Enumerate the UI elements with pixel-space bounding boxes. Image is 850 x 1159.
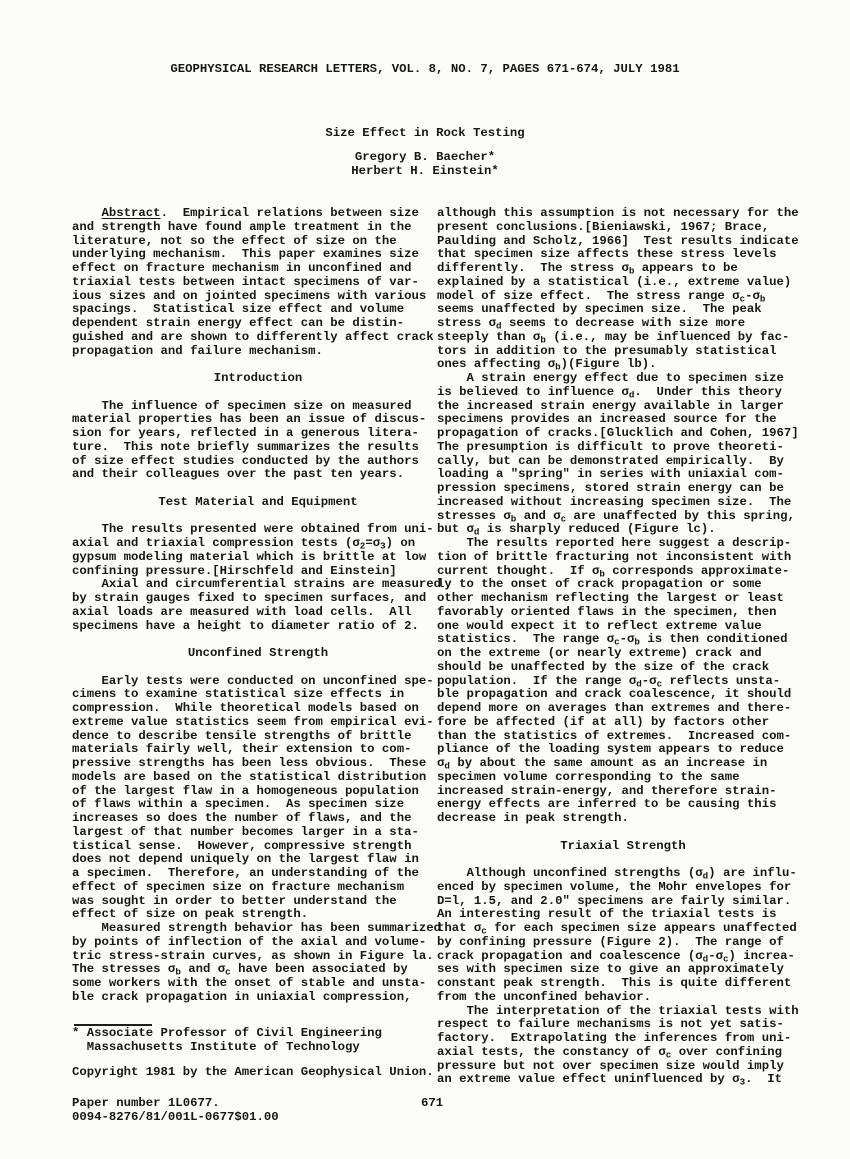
heading-introduction: Introduction xyxy=(72,372,444,386)
triaxial-strength-paragraph: Although unconfined strengths (σd) are i… xyxy=(437,867,809,1087)
heading-unconfined-strength: Unconfined Strength xyxy=(72,647,444,661)
paper-title: Size Effect in Rock Testing xyxy=(0,127,850,141)
heading-test-material: Test Material and Equipment xyxy=(72,496,444,510)
right-column: although this assumption is not necessar… xyxy=(437,207,809,1087)
journal-header: GEOPHYSICAL RESEARCH LETTERS, VOL. 8, NO… xyxy=(0,63,850,77)
paper-page: GEOPHYSICAL RESEARCH LETTERS, VOL. 8, NO… xyxy=(0,0,850,1159)
left-column: Abstract. Empirical relations between si… xyxy=(72,207,444,1005)
abstract-paragraph: Abstract. Empirical relations between si… xyxy=(72,207,444,358)
unconfined-strength-paragraph: Early tests were conducted on unconfined… xyxy=(72,675,444,1005)
heading-triaxial-strength: Triaxial Strength xyxy=(437,840,809,854)
test-material-paragraph: The results presented were obtained from… xyxy=(72,523,444,633)
page-number: 671 xyxy=(421,1097,443,1111)
author-affiliation-footnote: * Associate Professor of Civil Engineeri… xyxy=(72,1027,382,1055)
copyright-line: Copyright 1981 by the American Geophysic… xyxy=(72,1066,434,1080)
author-list: Gregory B. Baecher* Herbert H. Einstein* xyxy=(0,151,850,179)
paper-number-block: Paper number 1L0677. 0094-8276/81/001L-0… xyxy=(72,1097,279,1125)
introduction-paragraph: The influence of specimen size on measur… xyxy=(72,400,444,483)
continuation-paragraph: although this assumption is not necessar… xyxy=(437,207,809,826)
